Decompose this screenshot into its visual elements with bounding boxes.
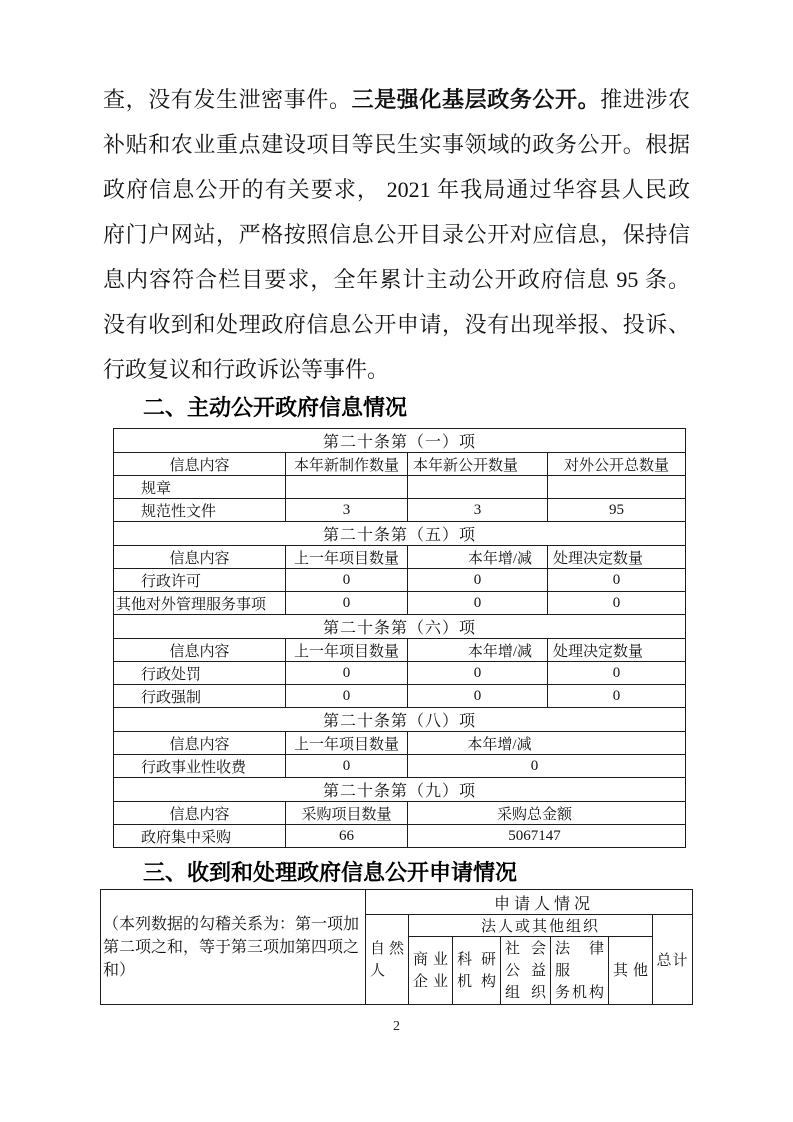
column-header: 上一年项目数量 — [286, 546, 408, 569]
legal-org-header: 法人或其他组织 — [409, 915, 653, 937]
paragraph-line: 府门户网站，严格按照信息公开目录公开对应信息，保持信 — [103, 212, 690, 257]
row-label: 其他对外管理服务事项 — [114, 592, 286, 615]
cell-value: 0 — [286, 685, 408, 708]
column-header: 对外公开总数量 — [548, 453, 686, 476]
paragraph-line: 没有收到和处理政府信息公开申请，没有出现举报、投诉、 — [103, 302, 690, 347]
column-header: 本年新制作数量 — [286, 453, 408, 476]
column-header: 信息内容 — [114, 453, 286, 476]
column-header: 处理决定数量 — [548, 546, 686, 569]
paragraph-line: 查，没有发生泄密事件。三是强化基层政务公开。推进涉农 — [103, 77, 690, 122]
paragraph-line: 行政复议和行政诉讼等事件。 — [103, 347, 690, 392]
cell-value: 66 — [286, 825, 408, 848]
total-header: 总计 — [653, 915, 693, 1005]
cell-value: 0 — [286, 755, 408, 778]
cell-value — [548, 476, 686, 499]
body-paragraph: 查，没有发生泄密事件。三是强化基层政务公开。推进涉农 补贴和农业重点建设项目等民… — [103, 77, 690, 392]
table-section-title: 第二十条第（五）项 — [114, 522, 686, 546]
row-label: 规范性文件 — [114, 499, 286, 522]
column-header: 信息内容 — [114, 639, 286, 662]
document-page: 查，没有发生泄密事件。三是强化基层政务公开。推进涉农 补贴和农业重点建设项目等民… — [0, 0, 793, 1122]
section-heading-applications: 三、收到和处理政府信息公开申请情况 — [103, 859, 690, 886]
org-type-header-other: 其他 — [609, 937, 653, 1005]
column-header: 采购项目数量 — [286, 802, 408, 825]
cell-value — [408, 476, 548, 499]
cell-value: 0 — [286, 569, 408, 592]
table-section-title: 第二十条第（八）项 — [114, 708, 686, 732]
page-number: 2 — [103, 1019, 690, 1035]
cell-value: 0 — [548, 662, 686, 685]
row-label: 规章 — [114, 476, 286, 499]
cell-value: 0 — [548, 685, 686, 708]
column-header: 信息内容 — [114, 802, 286, 825]
paragraph-line: 政府信息公开的有关要求， 2021 年我局通过华容县人民政 — [103, 167, 690, 212]
column-header: 本年增/减 — [408, 639, 548, 662]
cell-value: 0 — [548, 569, 686, 592]
table-section-title: 第二十条第（九）项 — [114, 778, 686, 802]
column-header: 本年新公开数量 — [408, 453, 548, 476]
cell-value: 0 — [548, 592, 686, 615]
paragraph-line: 补贴和农业重点建设项目等民生实事领域的政务公开。根据 — [103, 122, 690, 167]
row-label: 行政强制 — [114, 685, 286, 708]
row-label: 行政处罚 — [114, 662, 286, 685]
org-type-header-commercial: 商 业 企业 — [409, 937, 453, 1005]
natural-person-header: 自 然 人 — [366, 915, 409, 1005]
paragraph-text: 查，没有发生泄密事件。 — [103, 87, 352, 112]
cell-value: 0 — [286, 592, 408, 615]
org-type-header-public-welfare: 社 会 公 益 组织 — [501, 937, 551, 1005]
paragraph-line: 息内容符合栏目要求，全年累计主动公开政府信息 95 条。 — [103, 257, 690, 302]
column-header: 上一年项目数量 — [286, 732, 408, 755]
note-cell: （本列数据的勾稽关系为：第一项加 第二项之和，等于第三项加第四项之 和） — [101, 890, 366, 1005]
cell-value: 3 — [286, 499, 408, 522]
applicant-header: 申请人情况 — [366, 890, 693, 915]
column-header: 本年增/减 — [408, 732, 686, 755]
cell-value: 95 — [548, 499, 686, 522]
org-type-header-research: 科 研 机构 — [453, 937, 501, 1005]
row-label: 行政许可 — [114, 569, 286, 592]
paragraph-text: 推进涉农 — [600, 87, 690, 112]
column-header: 上一年项目数量 — [286, 639, 408, 662]
cell-value: 0 — [286, 662, 408, 685]
public-info-table: 第二十条第（一）项 信息内容 本年新制作数量 本年新公开数量 对外公开总数量 规… — [113, 428, 686, 848]
column-header: 本年增/减 — [408, 546, 548, 569]
table-section-title: 第二十条第（一）项 — [114, 429, 686, 453]
org-type-header-legal-service: 法 律 服 务机构 — [551, 937, 609, 1005]
cell-value — [286, 476, 408, 499]
cell-value: 0 — [408, 755, 686, 778]
column-header: 信息内容 — [114, 732, 286, 755]
cell-value: 5067147 — [408, 825, 686, 848]
cell-value: 0 — [408, 569, 548, 592]
section-heading-proactive-disclosure: 二、主动公开政府信息情况 — [103, 394, 690, 421]
column-header: 处理决定数量 — [548, 639, 686, 662]
row-label: 政府集中采购 — [114, 825, 286, 848]
row-label: 行政事业性收费 — [114, 755, 286, 778]
column-header: 采购总金额 — [408, 802, 686, 825]
cell-value: 0 — [408, 662, 548, 685]
cell-value: 3 — [408, 499, 548, 522]
application-table: （本列数据的勾稽关系为：第一项加 第二项之和，等于第三项加第四项之 和） 申请人… — [100, 889, 693, 1005]
table-section-title: 第二十条第（六）项 — [114, 615, 686, 639]
cell-value: 0 — [408, 685, 548, 708]
column-header: 信息内容 — [114, 546, 286, 569]
cell-value: 0 — [408, 592, 548, 615]
paragraph-bold-text: 三是强化基层政务公开。 — [352, 87, 601, 112]
